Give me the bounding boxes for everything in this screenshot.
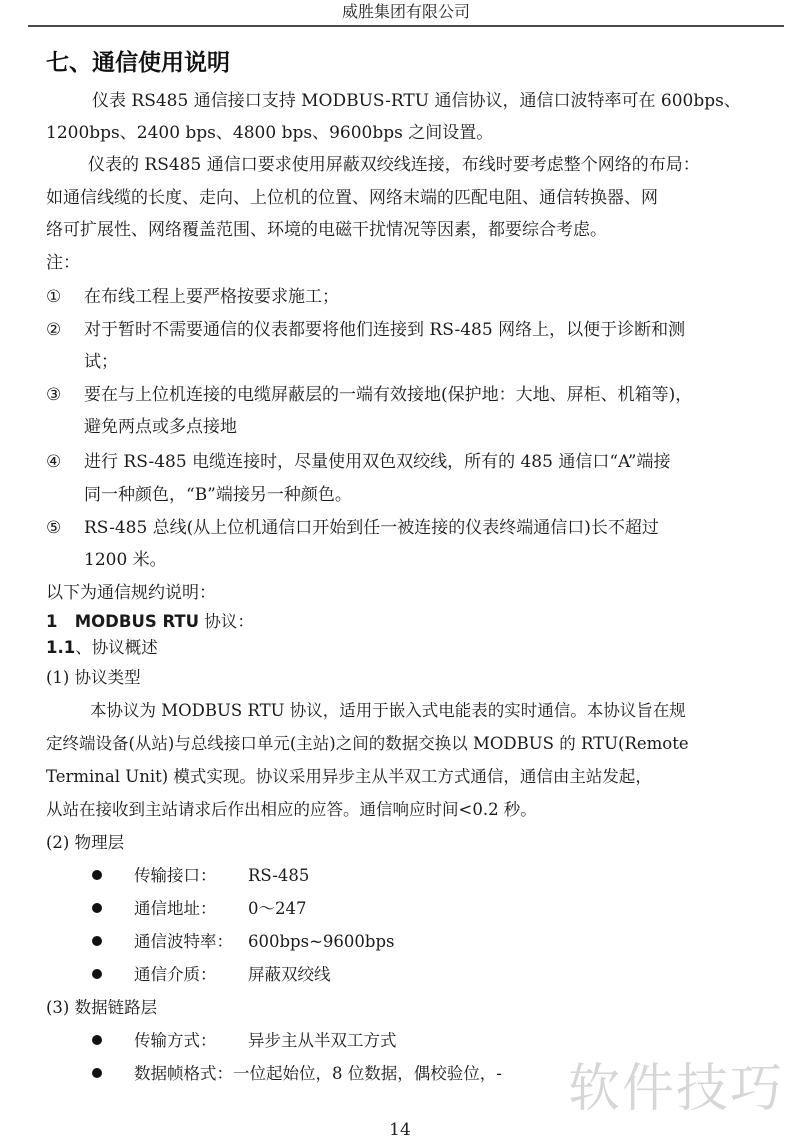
protocol-type-line-2: 定终端设备(从站)与总线接口单元(主站)之间的数据交换以 MODBUS 的 RT…	[46, 730, 689, 754]
note-number: ①	[46, 287, 84, 307]
physical-item-interface: 传输接口：RS-485	[92, 862, 309, 886]
item-value: 屏蔽双绞线	[248, 965, 331, 984]
note-text: 对于暂时不需要通信的仪表都要将他们连接到 RS-485 网络上，以便于诊断和测	[84, 320, 685, 340]
bullet-icon	[92, 1035, 102, 1045]
page-header: 威胜集团有限公司	[28, 0, 784, 27]
item-value: RS-485	[248, 866, 309, 885]
bullet-icon	[92, 870, 102, 880]
bullet-icon	[92, 969, 102, 979]
protocol-type-line-1: 本协议为 MODBUS RTU 协议，适用于嵌入式电能表的实时通信。本协议旨在规	[90, 697, 686, 721]
note-item-3: ③要在与上位机连接的电缆屏蔽层的一端有效接地(保护地：大地、屏柜、机箱等)，	[46, 380, 692, 405]
company-name: 威胜集团有限公司	[342, 2, 470, 21]
datalink-item-frame-format: 数据帧格式：一位起始位，8 位数据，偶校验位，-	[92, 1060, 502, 1084]
page-number: 14	[0, 1120, 800, 1136]
physical-item-medium: 通信介质：屏蔽双绞线	[92, 961, 331, 985]
protocol-type-label: (1) 协议类型	[46, 664, 141, 688]
note-item-2-cont: 试；	[84, 347, 118, 372]
item-key: 传输方式：	[134, 1027, 248, 1051]
section-1-1-title: 、协议概述	[75, 638, 158, 657]
intro-para2-line2: 如通信线缆的长度、走向、上位机的位置、网络末端的匹配电阻、通信转换器、网	[46, 183, 658, 208]
note-number: ④	[46, 452, 84, 472]
item-value: 一位起始位，8 位数据，偶校验位，-	[233, 1064, 502, 1083]
datalink-item-transfer-mode: 传输方式：异步主从半双工方式	[92, 1027, 397, 1051]
note-number: ②	[46, 320, 84, 340]
bullet-icon	[92, 1068, 102, 1078]
protocol-type-line-4: 从站在接收到主站请求后作出相应的应答。通信响应时间<0.2 秒。	[46, 796, 537, 820]
note-text: 进行 RS-485 电缆连接时，尽量使用双色双绞线，所有的 485 通信口“A”…	[84, 452, 670, 472]
note-item-3-cont: 避免两点或多点接地	[84, 412, 237, 437]
intro-para1-line1: 仪表 RS485 通信接口支持 MODBUS-RTU 通信协议，通信口波特率可在…	[92, 86, 741, 111]
protocol-intro: 以下为通信规约说明：	[46, 578, 216, 603]
data-link-layer-label: (3) 数据链路层	[46, 994, 157, 1018]
section-1-number: 1	[46, 612, 57, 631]
note-number: ⑤	[46, 518, 84, 538]
note-item-5: ⑤RS-485 总线(从上位机通信口开始到任一被连接的仪表终端通信口)长不超过	[46, 513, 659, 538]
item-value: 0～247	[248, 899, 307, 918]
item-value: 600bps~9600bps	[248, 932, 395, 951]
note-text: 在布线工程上要严格按要求施工；	[84, 287, 339, 307]
intro-para2-line3: 络可扩展性、网络覆盖范围、环境的电磁干扰情况等因素，都要综合考虑。	[46, 215, 607, 240]
note-item-4: ④进行 RS-485 电缆连接时，尽量使用双色双绞线，所有的 485 通信口“A…	[46, 447, 670, 472]
note-text: 要在与上位机连接的电缆屏蔽层的一端有效接地(保护地：大地、屏柜、机箱等)，	[84, 385, 692, 405]
physical-layer-label: (2) 物理层	[46, 829, 124, 853]
note-text: RS-485 总线(从上位机通信口开始到任一被连接的仪表终端通信口)长不超过	[84, 518, 659, 538]
item-value: 异步主从半双工方式	[248, 1031, 397, 1050]
item-key: 通信波特率：	[134, 928, 248, 952]
note-item-4-cont: 同一种颜色，“B”端接另一种颜色。	[84, 480, 352, 505]
notes-label: 注：	[46, 248, 80, 273]
item-key: 数据帧格式：	[134, 1064, 233, 1083]
section-1-heading: 1 MODBUS RTU 协议：	[46, 608, 254, 632]
section-1-title-cn: 协议：	[199, 612, 254, 631]
section-1-1-heading: 1.1、协议概述	[46, 634, 158, 658]
intro-para1-line2: 1200bps、2400 bps、4800 bps、9600bps 之间设置。	[46, 118, 493, 143]
intro-para2-line1: 仪表的 RS485 通信口要求使用屏蔽双绞线连接，布线时要考虑整个网络的布局：	[88, 150, 700, 175]
bullet-icon	[92, 903, 102, 913]
section-1-title-latin: MODBUS RTU	[75, 612, 199, 631]
note-item-5-cont: 1200 米。	[84, 545, 167, 570]
note-number: ③	[46, 385, 84, 405]
physical-item-baudrate: 通信波特率：600bps~9600bps	[92, 928, 395, 952]
item-key: 通信地址：	[134, 895, 248, 919]
physical-item-address: 通信地址：0～247	[92, 895, 307, 919]
section-1-1-number: 1.1	[46, 638, 75, 657]
protocol-type-line-3: Terminal Unit) 模式实现。协议采用异步主从半双工方式通信，通信由主…	[46, 763, 652, 787]
watermark-text: 软件技巧	[568, 1046, 784, 1121]
note-item-2: ②对于暂时不需要通信的仪表都要将他们连接到 RS-485 网络上，以便于诊断和测	[46, 315, 685, 340]
item-key: 通信介质：	[134, 961, 248, 985]
section-title: 七、通信使用说明	[46, 44, 230, 77]
bullet-icon	[92, 936, 102, 946]
note-item-1: ①在布线工程上要严格按要求施工；	[46, 282, 339, 307]
item-key: 传输接口：	[134, 862, 248, 886]
